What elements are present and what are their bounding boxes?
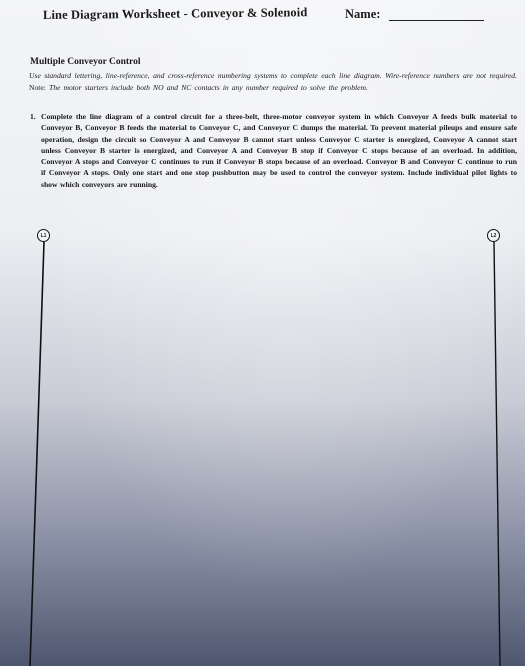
l1-power-rail — [30, 242, 44, 666]
l2-power-rail — [494, 242, 500, 666]
line-diagram-area[interactable] — [0, 0, 525, 666]
l2-terminal-icon: L2 — [487, 229, 500, 242]
l1-terminal-icon: L1 — [37, 229, 50, 242]
